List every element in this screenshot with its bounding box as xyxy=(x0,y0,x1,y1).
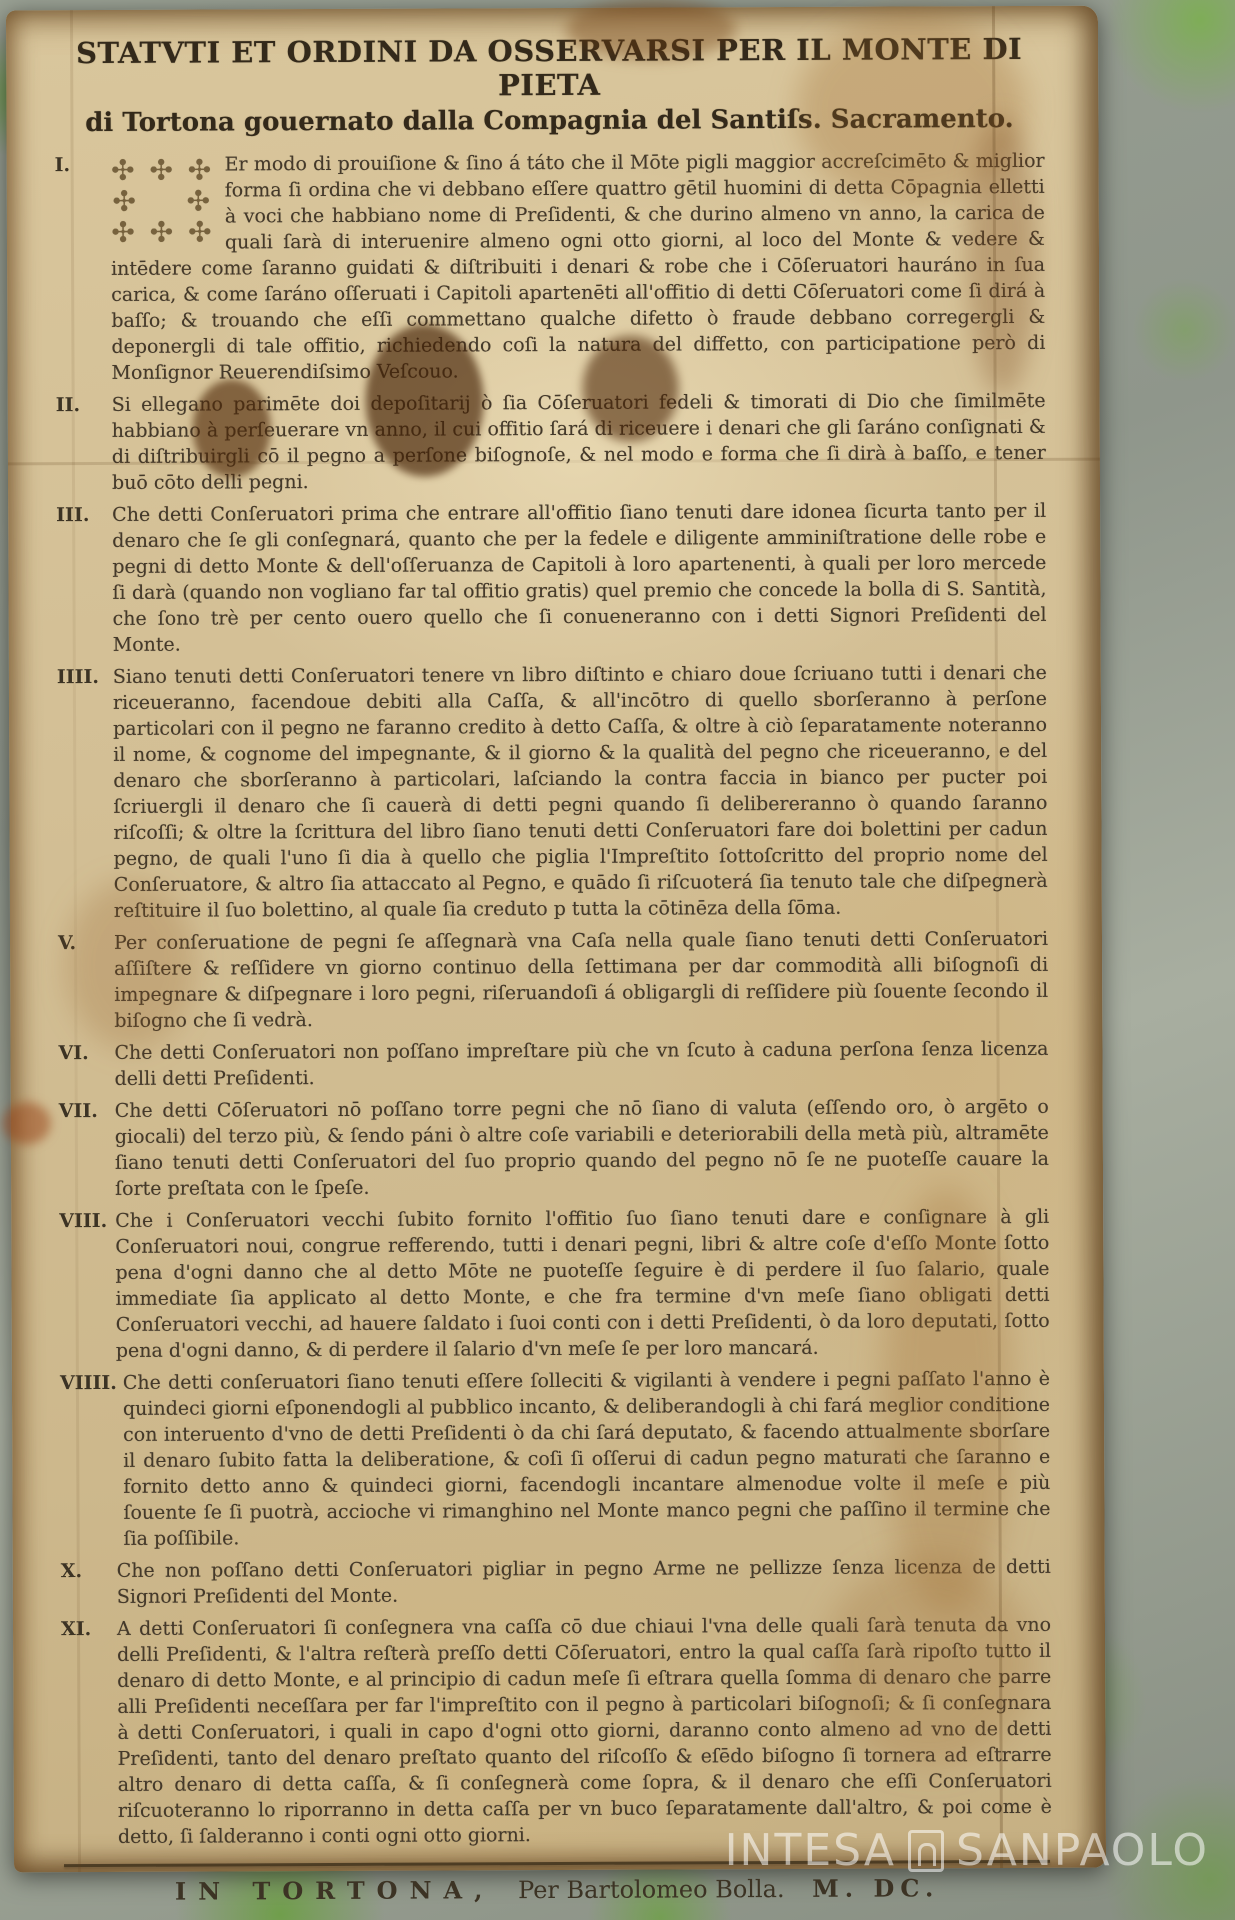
statute-numeral: I. xyxy=(55,152,112,386)
statute-numeral: XI. xyxy=(61,1616,118,1850)
statute-section: X. Che non poſſano detti Conſeruatori pi… xyxy=(61,1554,1051,1610)
statute-section: V. Per conſeruatione de pegni ſe aſſegna… xyxy=(58,926,1048,1034)
statute-numeral: V. xyxy=(58,930,114,1034)
document-paper: STATVTI ET ORDINI DA OSSERVARSI PER IL M… xyxy=(6,6,1106,1873)
statute-numeral: VIIII. xyxy=(60,1370,124,1552)
statute-text: Che detti Cōſeruatori nō poſſano torre p… xyxy=(115,1094,1049,1202)
statute-numeral: IIII. xyxy=(57,664,114,924)
statute-text: Che i Conſeruatori vecchi ſubito fornito… xyxy=(115,1204,1050,1364)
statute-section: VIIII. Che detti conſeruatori ſiano tenu… xyxy=(60,1366,1051,1552)
statutes-list: I. ✣ ✣ ✣✣ ✣✣ ✣ ✣Er modo di prouiſione & … xyxy=(55,148,1052,1850)
imprint-printer: Per Bartolomeo Bolla. xyxy=(518,1875,785,1904)
statute-section: II. Si ellegano parimēte doi depoſitarij… xyxy=(56,388,1046,496)
document-title: STATVTI ET ORDINI DA OSSERVARSI PER IL M… xyxy=(54,32,1044,104)
statute-section: VII. Che detti Cōſeruatori nō poſſano to… xyxy=(59,1094,1049,1202)
document-subtitle: di Tortona gouernato dalla Compagnia del… xyxy=(54,104,1044,138)
statute-text: Si ellegano parimēte doi depoſitarij ò ſ… xyxy=(112,388,1046,496)
statute-section: I. ✣ ✣ ✣✣ ✣✣ ✣ ✣Er modo di prouiſione & … xyxy=(55,148,1046,386)
statute-text: Che detti Conſeruatori non poſſano impre… xyxy=(114,1036,1048,1092)
paper-stain xyxy=(3,1102,51,1144)
statute-section: III. Che detti Conſeruatori prima che en… xyxy=(56,498,1047,658)
statute-text: ✣ ✣ ✣✣ ✣✣ ✣ ✣Er modo di prouiſione & ſin… xyxy=(111,148,1046,386)
statute-numeral: VII. xyxy=(59,1098,115,1202)
watermark-sanpaolo: SANPAOLO xyxy=(956,1825,1209,1876)
statute-numeral: II. xyxy=(56,392,112,496)
statute-text: Per conſeruatione de pegni ſe aſſegnarà … xyxy=(114,926,1048,1034)
watermark-intesa: INTESA xyxy=(725,1825,896,1876)
statute-numeral: X. xyxy=(61,1558,117,1610)
statute-text: Siano tenuti detti Conſeruatori tenere v… xyxy=(113,660,1048,924)
statute-section: IIII. Siano tenuti detti Conſeruatori te… xyxy=(57,660,1048,924)
intesa-sanpaolo-watermark: INTESA SANPAOLO xyxy=(725,1825,1209,1876)
statute-section: XI. A detti Conſeruatori ſi conſegnera v… xyxy=(61,1612,1052,1850)
statute-numeral: VIII. xyxy=(59,1208,116,1364)
printer-ornament-initial: ✣ ✣ ✣✣ ✣✣ ✣ ✣ xyxy=(111,154,215,248)
statute-section: VIII. Che i Conſeruatori vecchi ſubito f… xyxy=(59,1204,1050,1364)
statute-text: Che detti conſeruatori ſiano tenuti eſſe… xyxy=(123,1366,1051,1552)
statute-section: VI. Che detti Conſeruatori non poſſano i… xyxy=(58,1036,1048,1092)
statute-numeral: III. xyxy=(56,502,113,658)
intesa-sanpaolo-logo-icon xyxy=(908,1830,944,1872)
statute-numeral: VI. xyxy=(58,1040,114,1092)
imprint-line: IN TORTONA, Per Bartolomeo Bolla. M. DC. xyxy=(62,1873,1052,1906)
document-header: STATVTI ET ORDINI DA OSSERVARSI PER IL M… xyxy=(54,32,1044,138)
imprint-year: M. DC. xyxy=(812,1873,939,1903)
imprint-place: IN TORTONA, xyxy=(175,1875,495,1905)
statute-text: Che detti Conſeruatori prima che entrare… xyxy=(112,498,1047,658)
statute-text: Che non poſſano detti Conſeruatori pigli… xyxy=(117,1554,1051,1610)
statute-text: A detti Conſeruatori ſi conſegnera vna c… xyxy=(117,1612,1052,1850)
